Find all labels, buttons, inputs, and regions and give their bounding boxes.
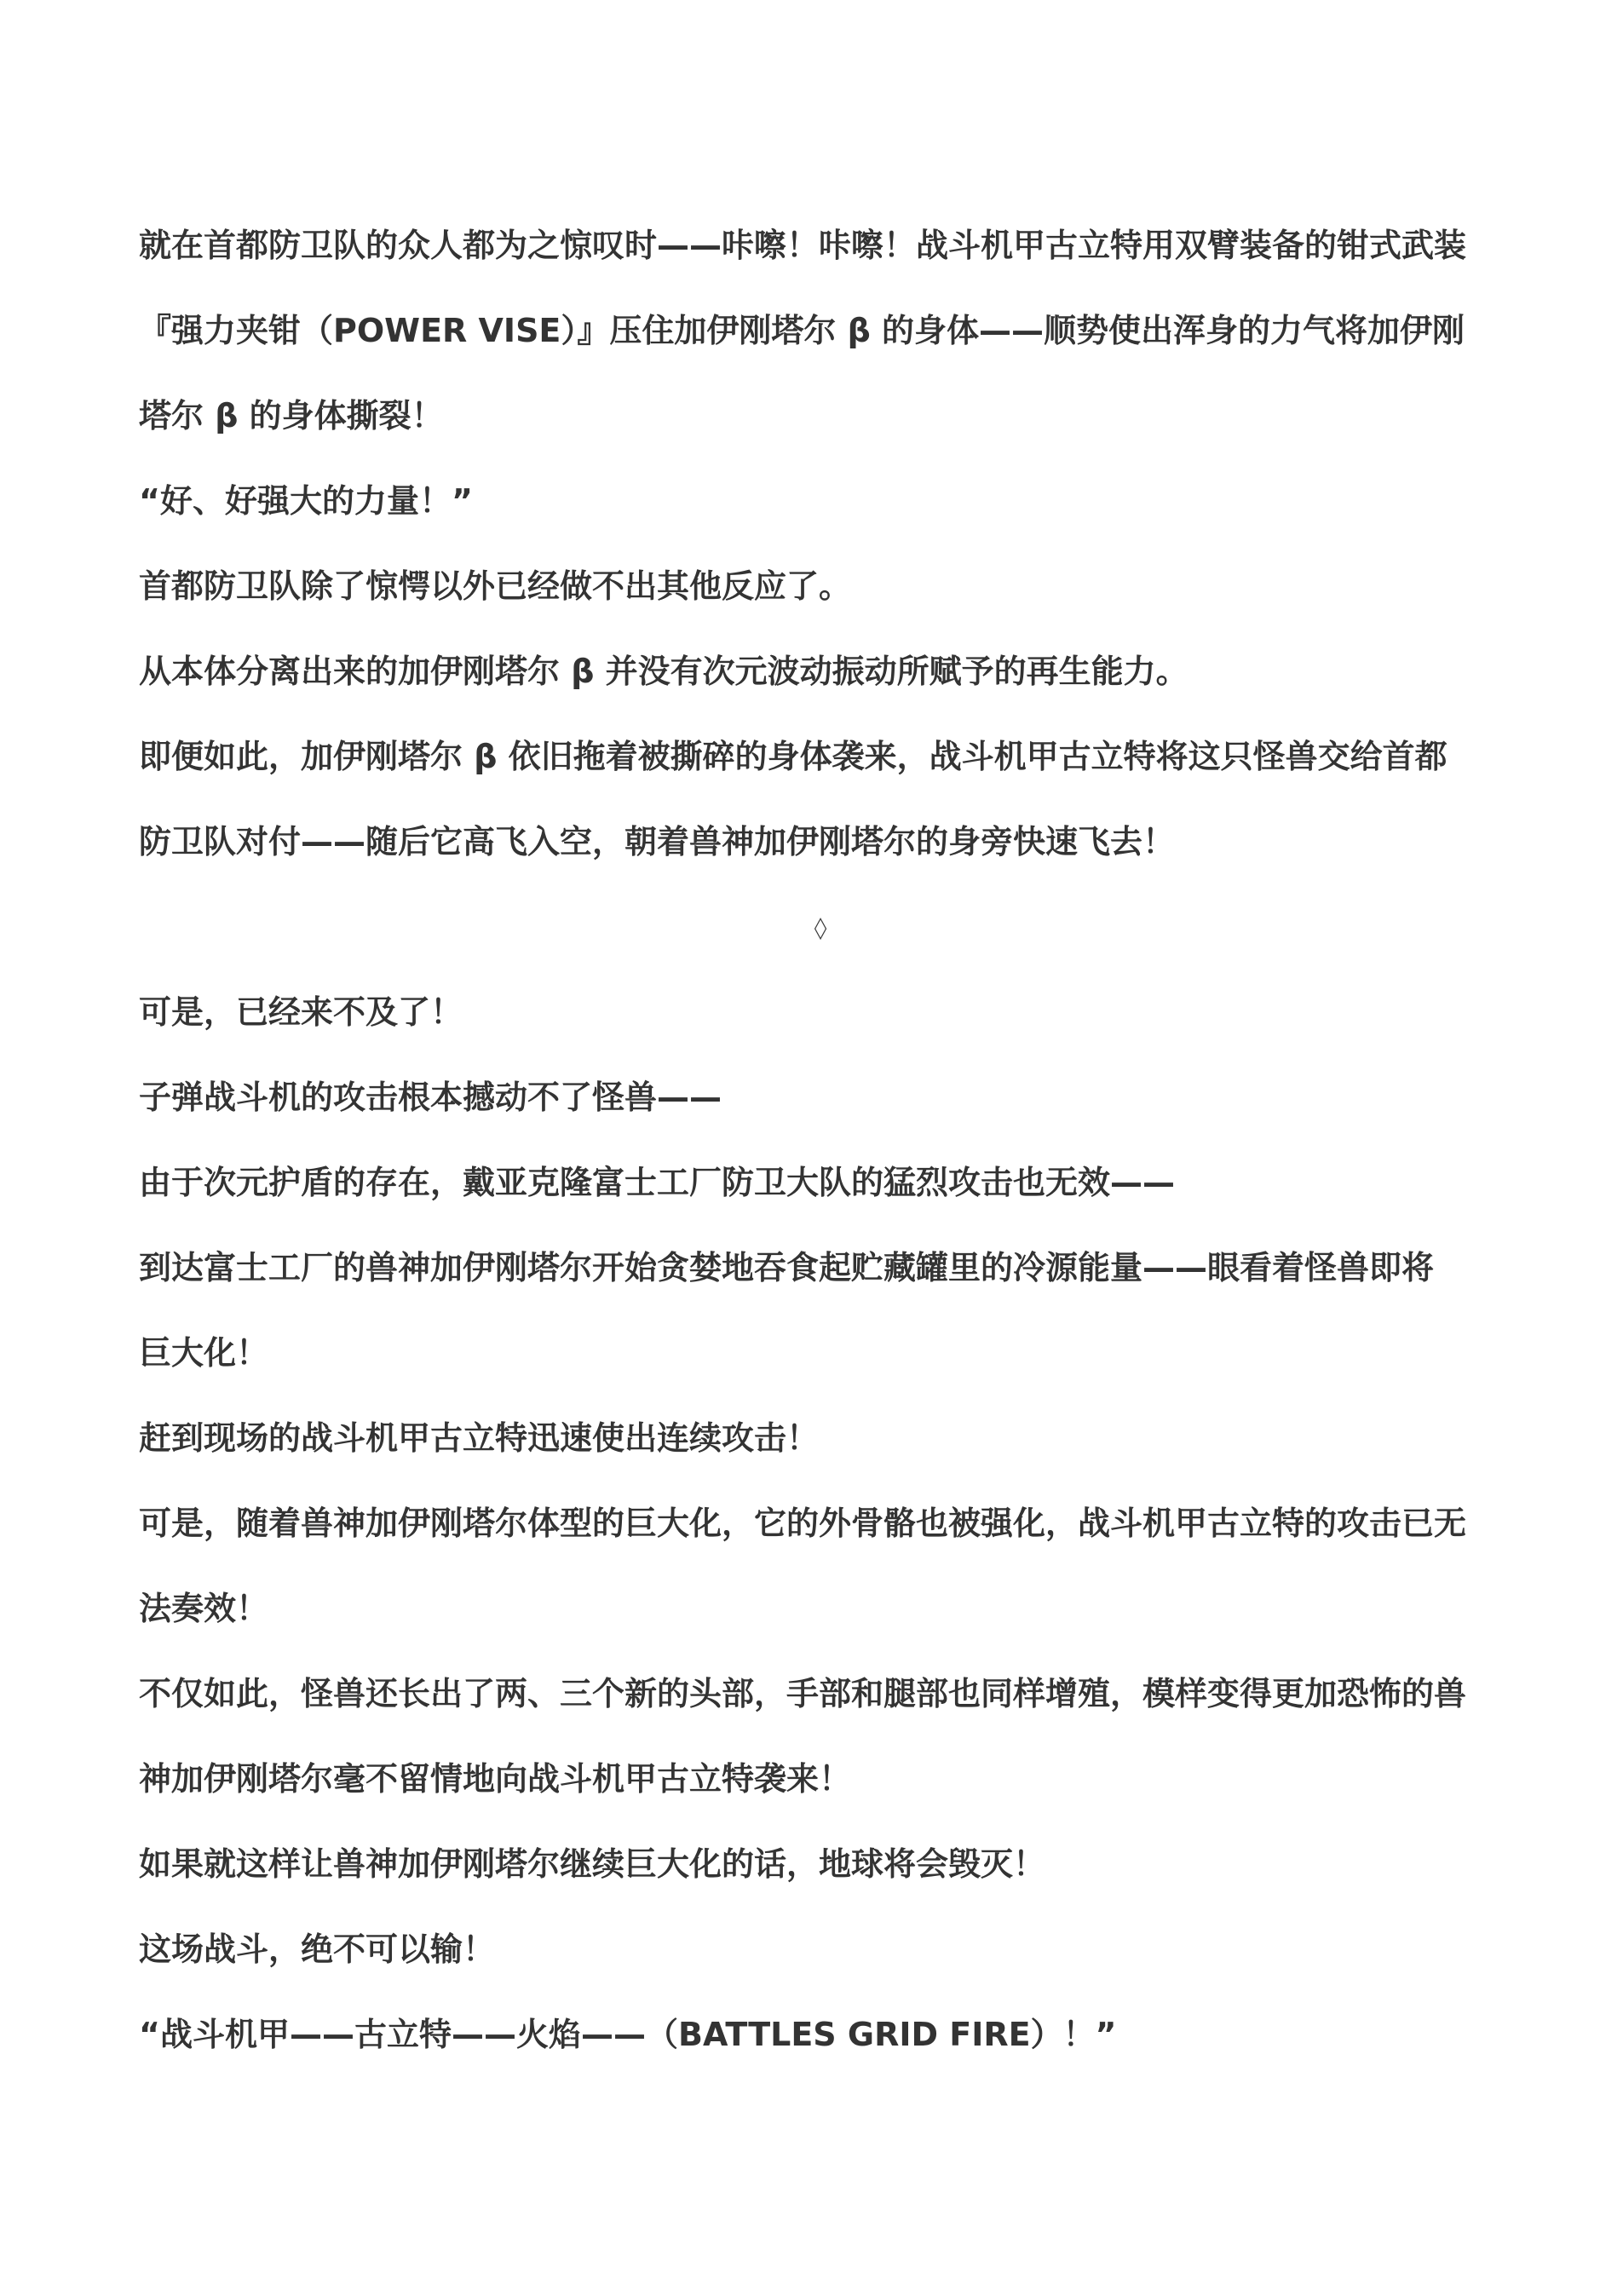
- text-line: 到达富士工厂的兽神加伊刚塔尔开始贪婪地吞食起贮藏罐里的冷源能量——眼看着怪兽即将: [139, 1225, 1502, 1310]
- text-line: 可是，已经来不及了！: [139, 970, 1502, 1055]
- diamond-divider-icon: ◇: [814, 884, 826, 970]
- text-line: 不仅如此，怪兽还长出了两、三个新的头部，手部和腿部也同样增殖，模样变得更加恐怖的…: [139, 1651, 1502, 1736]
- text-line: 子弹战斗机的攻击根本撼动不了怪兽——: [139, 1055, 1502, 1140]
- text-line: “战斗机甲——古立特——火焰——（BATTLES GRID FIRE）！”: [139, 1992, 1502, 2077]
- text-line: 法奏效！: [139, 1566, 1502, 1651]
- text-line: 赶到现场的战斗机甲古立特迅速使出连续攻击！: [139, 1395, 1502, 1481]
- text-line: 即便如此，加伊刚塔尔 β 依旧拖着被撕碎的身体袭来，战斗机甲古立特将这只怪兽交给…: [139, 714, 1502, 799]
- text-line: “好、好强大的力量！”: [139, 458, 1502, 544]
- text-line: 神加伊刚塔尔毫不留情地向战斗机甲古立特袭来！: [139, 1736, 1502, 1821]
- text-line: 『强力夹钳（POWER VISE）』压住加伊刚塔尔 β 的身体——顺势使出浑身的…: [139, 288, 1502, 373]
- text-line: 就在首都防卫队的众人都为之惊叹时——咔嚓！咔嚓！战斗机甲古立特用双臂装备的钳式武…: [139, 203, 1502, 288]
- text-line: 巨大化！: [139, 1310, 1502, 1395]
- text-line: 塔尔 β 的身体撕裂！: [139, 373, 1502, 458]
- text-line: 首都防卫队除了惊愕以外已经做不出其他反应了。: [139, 544, 1502, 629]
- text-line: 这场战斗，绝不可以输！: [139, 1907, 1502, 1992]
- novel-page: 就在首都防卫队的众人都为之惊叹时——咔嚓！咔嚓！战斗机甲古立特用双臂装备的钳式武…: [0, 0, 1623, 2296]
- text-line: 可是，随着兽神加伊刚塔尔体型的巨大化，它的外骨骼也被强化，战斗机甲古立特的攻击已…: [139, 1481, 1502, 1566]
- section-divider: ◇: [139, 884, 1502, 970]
- text-line: 从本体分离出来的加伊刚塔尔 β 并没有次元波动振动所赋予的再生能力。: [139, 629, 1502, 714]
- text-line: 如果就这样让兽神加伊刚塔尔继续巨大化的话，地球将会毁灭！: [139, 1821, 1502, 1907]
- text-line: 由于次元护盾的存在，戴亚克隆富士工厂防卫大队的猛烈攻击也无效——: [139, 1140, 1502, 1225]
- text-line: 防卫队对付——随后它高飞入空，朝着兽神加伊刚塔尔的身旁快速飞去！: [139, 799, 1502, 884]
- page-text-content: 就在首都防卫队的众人都为之惊叹时——咔嚓！咔嚓！战斗机甲古立特用双臂装备的钳式武…: [139, 203, 1502, 2077]
